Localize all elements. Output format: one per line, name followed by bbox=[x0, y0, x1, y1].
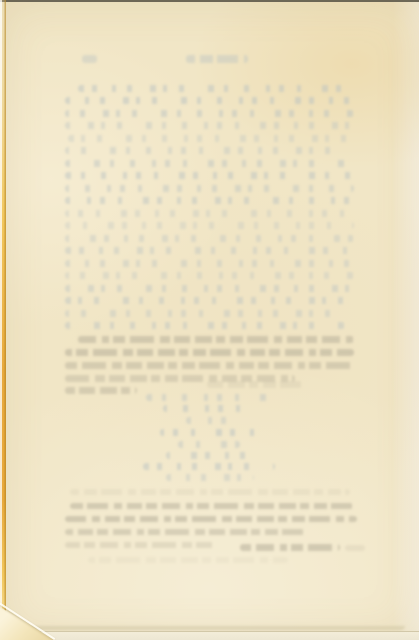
bleed-through-text bbox=[0, 0, 419, 640]
ghost-text-line bbox=[65, 235, 354, 242]
ghost-text-line bbox=[65, 285, 354, 292]
ghost-text-line bbox=[65, 160, 354, 167]
ghost-text-line bbox=[65, 310, 354, 317]
ghost-text-line bbox=[65, 172, 354, 179]
ghost-text-line bbox=[65, 222, 354, 229]
ghost-text-line bbox=[68, 135, 351, 142]
ghost-text-line bbox=[143, 463, 275, 470]
ghost-text-line bbox=[240, 544, 340, 551]
binding-edge-highlight bbox=[0, 0, 2, 640]
ghost-text-line bbox=[65, 297, 354, 304]
ghost-text-line bbox=[186, 55, 248, 63]
ghost-text-line bbox=[186, 417, 234, 424]
ghost-text-line bbox=[65, 375, 295, 382]
ghost-text-line bbox=[166, 452, 252, 459]
ghost-text-line bbox=[65, 542, 215, 548]
ghost-text-line bbox=[65, 97, 354, 104]
ghost-text-line bbox=[70, 503, 353, 509]
ghost-text-line bbox=[65, 122, 354, 129]
ghost-text-line bbox=[65, 272, 354, 279]
ghost-text-line bbox=[207, 381, 302, 388]
ghost-text-line bbox=[345, 545, 365, 551]
ghost-text-line bbox=[78, 85, 352, 92]
ghost-text-line bbox=[160, 429, 258, 436]
ghost-text-line bbox=[65, 247, 354, 254]
ghost-text-line bbox=[65, 387, 137, 394]
ghost-text-line bbox=[88, 557, 288, 563]
scanned-page bbox=[0, 0, 419, 640]
ghost-text-line bbox=[65, 349, 354, 356]
ghost-text-line bbox=[178, 441, 240, 448]
ghost-text-line bbox=[65, 516, 357, 522]
ghost-text-line bbox=[65, 529, 305, 535]
ghost-text-line bbox=[166, 474, 254, 481]
ghost-text-line bbox=[163, 405, 256, 412]
ghost-text-line bbox=[65, 197, 354, 204]
ghost-text-line bbox=[82, 55, 97, 63]
ghost-text-line bbox=[146, 394, 274, 401]
ghost-text-line bbox=[70, 489, 350, 495]
ghost-text-line bbox=[65, 362, 354, 369]
ghost-text-line bbox=[65, 322, 345, 329]
ghost-text-line bbox=[78, 336, 354, 343]
ghost-text-line bbox=[65, 147, 354, 154]
ghost-text-line bbox=[65, 185, 354, 192]
ghost-text-line bbox=[65, 260, 354, 267]
ghost-text-line bbox=[65, 210, 354, 217]
ghost-text-line bbox=[65, 110, 354, 117]
page-bottom-edge-shadow bbox=[0, 626, 405, 630]
